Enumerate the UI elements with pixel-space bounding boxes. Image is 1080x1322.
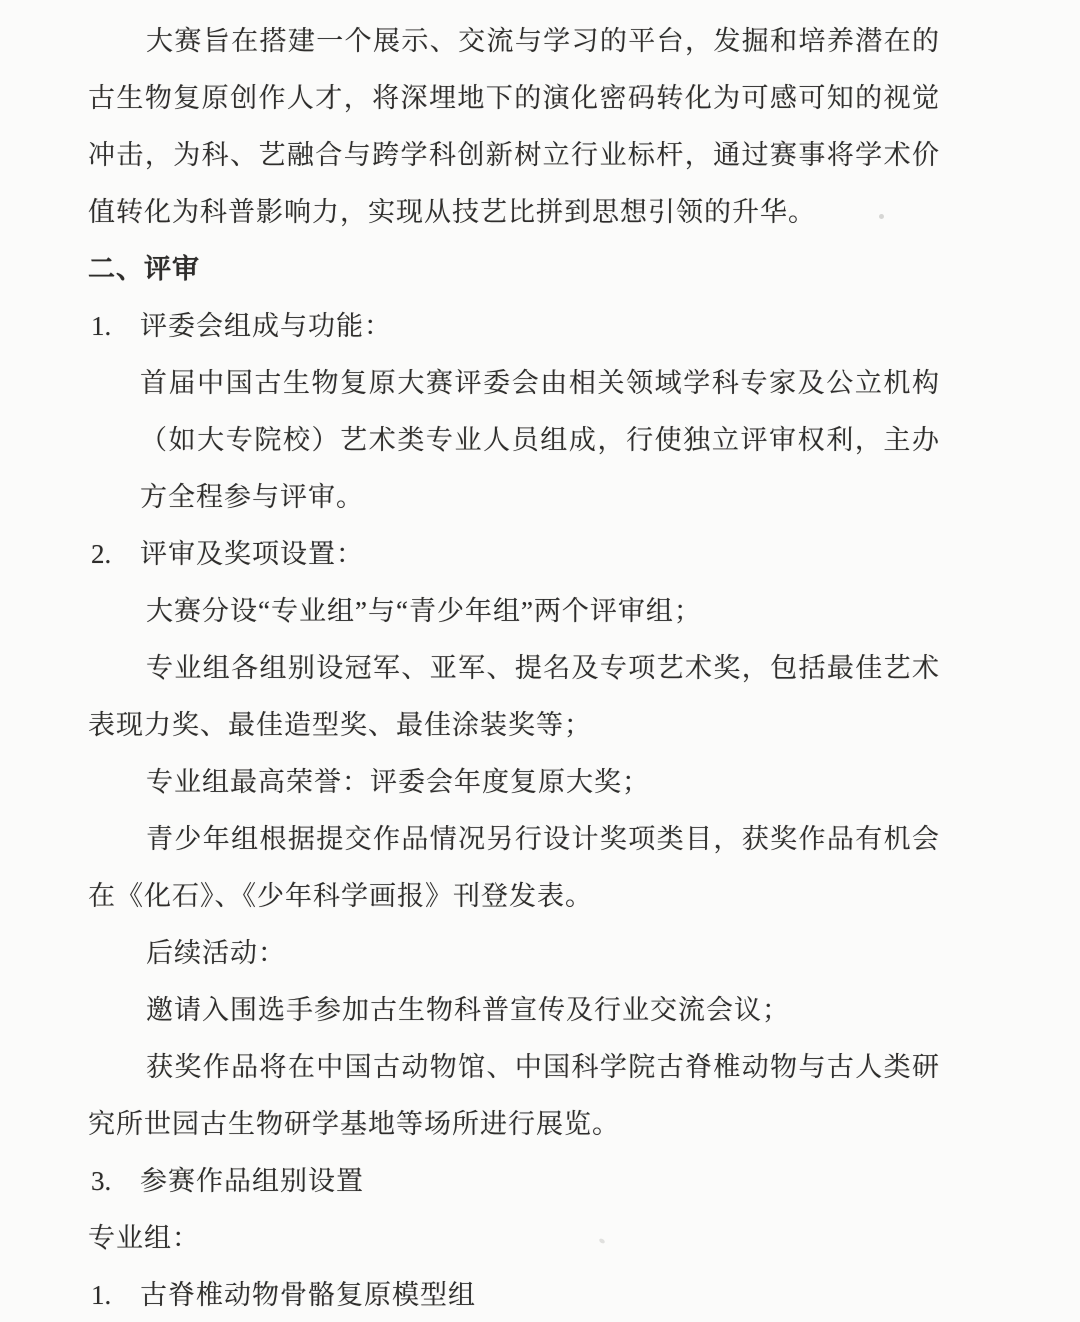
- list-item-skeleton-model-group: 1.古脊椎动物骨骼复原模型组: [88, 1267, 940, 1322]
- awards-paragraph-line: 表现力奖、最佳造型奖、最佳涂装奖等；: [88, 697, 940, 754]
- awards-paragraph-line: 专业组最高荣誉：评委会年度复原大奖；: [88, 754, 940, 811]
- list-item-number: 1.: [88, 298, 140, 355]
- followup-paragraph-line: 邀请入围选手参加古生物科普宣传及行业交流会议；: [88, 982, 940, 1039]
- scan-speck: [879, 214, 884, 219]
- intro-paragraph-line: 值转化为科普影响力，实现从技艺比拼到思想引领的升华。: [88, 184, 940, 241]
- section-heading-review: 二、评审: [88, 241, 940, 298]
- list-item-number: 3.: [88, 1153, 140, 1210]
- intro-paragraph-line: 冲击，为科、艺融合与跨学科创新树立行业标杆，通过赛事将学术价: [88, 127, 940, 184]
- list-item-label: 参赛作品组别设置: [140, 1166, 364, 1196]
- professional-group-heading: 专业组：: [88, 1210, 940, 1267]
- awards-paragraph-line: 大赛分设“专业组”与“青少年组”两个评审组；: [88, 583, 940, 640]
- awards-paragraph-line: 在《化石》、《少年科学画报》刊登发表。: [88, 868, 940, 925]
- document-page: 大赛旨在搭建一个展示、交流与学习的平台，发掘和培养潜在的 古生物复原创作人才，将…: [88, 13, 940, 1322]
- list-item-label: 评审及奖项设置：: [140, 539, 364, 569]
- list-item-awards-setup: 2.评审及奖项设置：: [88, 526, 940, 583]
- awards-paragraph-line: 专业组各组别设冠军、亚军、提名及专项艺术奖，包括最佳艺术: [88, 640, 940, 697]
- list-item-number: 2.: [88, 526, 140, 583]
- intro-paragraph-line: 古生物复原创作人才，将深埋地下的演化密码转化为可感可知的视觉: [88, 70, 940, 127]
- list-item-label: 评委会组成与功能：: [140, 311, 392, 341]
- awards-paragraph-line: 青少年组根据提交作品情况另行设计奖项类目，获奖作品有机会: [88, 811, 940, 868]
- list-item-number: 1.: [88, 1267, 140, 1322]
- followup-heading-line: 后续活动：: [88, 925, 940, 982]
- jury-paragraph-line: （如大专院校）艺术类专业人员组成，行使独立评审权利，主办: [88, 412, 940, 469]
- intro-paragraph-line: 大赛旨在搭建一个展示、交流与学习的平台，发掘和培养潜在的: [88, 13, 940, 70]
- list-item-entry-groups: 3.参赛作品组别设置: [88, 1153, 940, 1210]
- list-item-jury-composition: 1.评委会组成与功能：: [88, 298, 940, 355]
- jury-paragraph-line: 方全程参与评审。: [88, 469, 940, 526]
- followup-paragraph-line: 究所世园古生物研学基地等场所进行展览。: [88, 1096, 940, 1153]
- list-item-label: 古脊椎动物骨骼复原模型组: [140, 1280, 476, 1310]
- followup-paragraph-line: 获奖作品将在中国古动物馆、中国科学院古脊椎动物与古人类研: [88, 1039, 940, 1096]
- jury-paragraph-line: 首届中国古生物复原大赛评委会由相关领域学科专家及公立机构: [88, 355, 940, 412]
